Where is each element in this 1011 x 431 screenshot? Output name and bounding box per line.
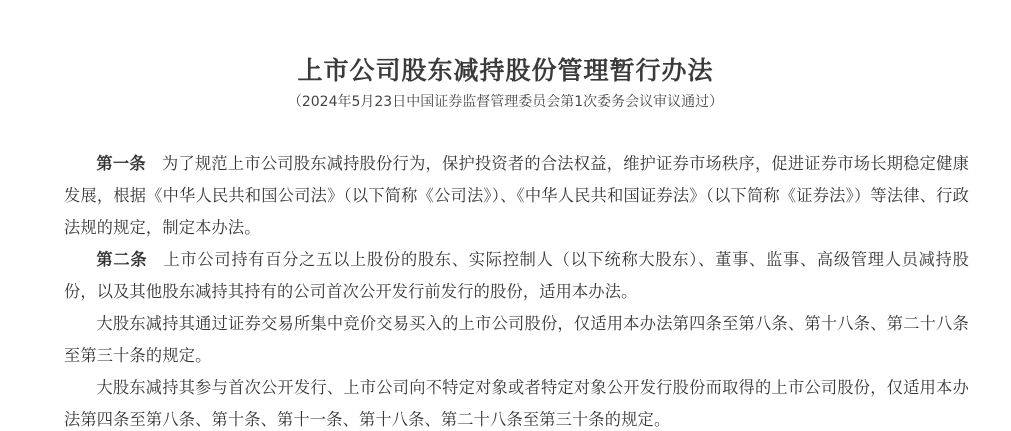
paragraph-article-1: 第一条为了规范上市公司股东减持股份行为，保护投资者的合法权益，维护证券市场秩序，… (64, 148, 969, 244)
paragraph-text: 大股东减持其参与首次公开发行、上市公司向不特定对象或者特定对象公开发行股份而取得… (64, 378, 969, 429)
article-number: 第一条 (96, 154, 145, 173)
paragraph-text: 大股东减持其通过证券交易所集中竞价交易买入的上市公司股份，仅适用本办法第四条至第… (64, 314, 969, 365)
paragraph-text: 为了规范上市公司股东减持股份行为，保护投资者的合法权益，维护证券市场秩序，促进证… (64, 154, 969, 237)
paragraph-article-2-clause-2: 大股东减持其通过证券交易所集中竞价交易买入的上市公司股份，仅适用本办法第四条至第… (64, 308, 969, 372)
document-page: 上市公司股东减持股份管理暂行办法 （2024年5月23日中国证券监督管理委员会第… (0, 0, 1011, 431)
paragraph-text: 上市公司持有百分之五以上股份的股东、实际控制人（以下统称大股东）、董事、监事、高… (64, 250, 969, 301)
paragraph-article-2-clause-3: 大股东减持其参与首次公开发行、上市公司向不特定对象或者特定对象公开发行股份而取得… (64, 372, 969, 431)
document-subtitle: （2024年5月23日中国证券监督管理委员会第1次委务会议审议通过） (0, 92, 1011, 112)
document-title: 上市公司股东减持股份管理暂行办法 (0, 54, 1011, 88)
paragraph-article-2: 第二条上市公司持有百分之五以上股份的股东、实际控制人（以下统称大股东）、董事、监… (64, 244, 969, 308)
article-number: 第二条 (96, 250, 147, 269)
document-body: 第一条为了规范上市公司股东减持股份行为，保护投资者的合法权益，维护证券市场秩序，… (64, 148, 969, 431)
